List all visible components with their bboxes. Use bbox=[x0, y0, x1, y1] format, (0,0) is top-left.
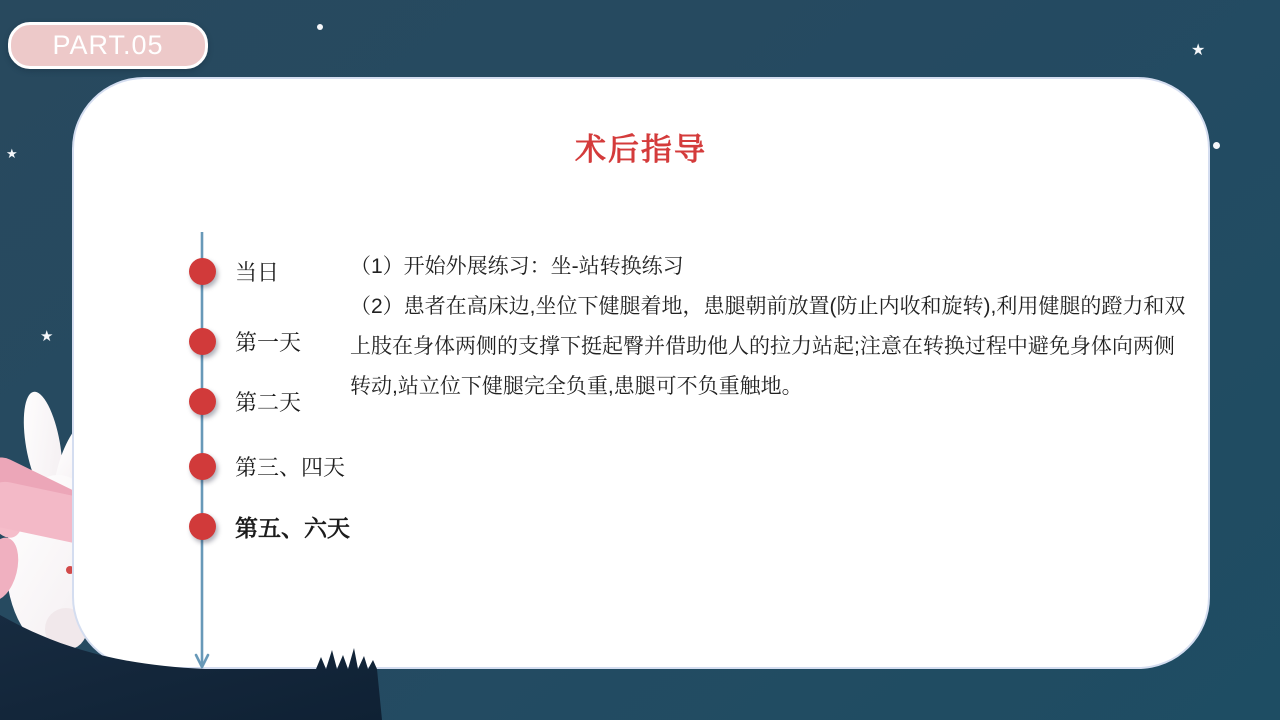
timeline-dot-icon bbox=[189, 513, 216, 540]
part-badge: PART.05 bbox=[8, 22, 208, 69]
presentation-slide: ★ ★ ★ PA bbox=[0, 0, 1280, 720]
timeline-item: 第一天 bbox=[189, 326, 301, 356]
timeline-item-label: 第五、六天 bbox=[235, 510, 350, 543]
timeline-item-label: 第二天 bbox=[235, 386, 301, 417]
timeline-dot-icon bbox=[189, 453, 216, 480]
timeline-item: 当日 bbox=[189, 256, 279, 286]
timeline-item-label: 第三、四天 bbox=[235, 451, 345, 482]
star-dot-icon bbox=[1213, 142, 1220, 149]
timeline-dot-icon bbox=[189, 258, 216, 285]
timeline-dot-icon bbox=[189, 388, 216, 415]
star-icon: ★ bbox=[1191, 43, 1205, 59]
timeline-item-label: 当日 bbox=[235, 256, 279, 287]
timeline-item: 第三、四天 bbox=[189, 451, 345, 481]
star-dot-icon bbox=[317, 24, 323, 30]
instruction-point-2: （2）患者在高床边,坐位下健腿着地，患腿朝前放置(防止内收和旋转),利用健腿的蹬… bbox=[350, 287, 1193, 407]
timeline-item: 第二天 bbox=[189, 386, 301, 416]
part-badge-label: PART.05 bbox=[52, 30, 163, 61]
star-icon: ★ bbox=[6, 147, 18, 160]
star-icon: ★ bbox=[40, 329, 53, 344]
page-title: 术后指导 bbox=[72, 124, 1210, 169]
timeline-item: 第五、六天 bbox=[189, 511, 350, 541]
instruction-point-1: （1）开始外展练习：坐-站转换练习 bbox=[350, 247, 1193, 287]
timeline-item-label: 第一天 bbox=[235, 326, 301, 357]
timeline-dot-icon bbox=[189, 328, 216, 355]
instruction-text-block: （1）开始外展练习：坐-站转换练习 （2）患者在高床边,坐位下健腿着地，患腿朝前… bbox=[350, 247, 1193, 407]
